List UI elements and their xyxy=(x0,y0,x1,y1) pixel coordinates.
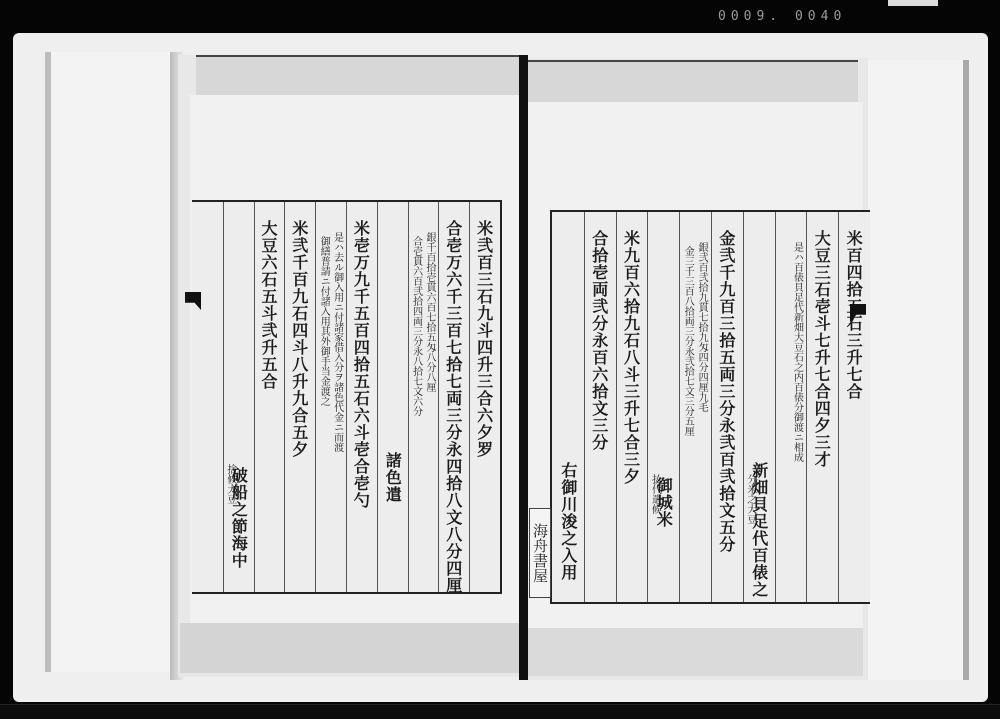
left-flyleaf xyxy=(45,52,181,672)
signature-subnote: 分米之大豆 xyxy=(745,474,755,524)
manuscript-column: 米九百六拾九石八斗三升七合三夕 xyxy=(623,230,639,485)
column-rule xyxy=(377,202,378,592)
right-ruled-frame: 米百四拾五石三升七合大豆三石壱斗七升七合四夕三才是ハ百俵貝足代新畑大豆石之内百俵… xyxy=(550,210,870,604)
manuscript-column: 合拾壱両弐分永百六拾文三分 xyxy=(591,230,607,451)
column-rule xyxy=(711,212,712,602)
left-ruled-frame: 米弐百三石九斗四升三合六夕罗合壱万六千三百七拾七両三分永四拾八文八分四厘銀千百拾… xyxy=(192,200,502,594)
manuscript-subcolumn: 金三千三百八拾両三分永弐拾七文三分五厘 xyxy=(682,246,692,436)
book-spine xyxy=(519,55,528,680)
film-counter: 0009. 0040 xyxy=(718,9,846,24)
manuscript-column: 是ハ去ル御入用ニ付諸家借入分ヲ諸色代金ニ而渡 xyxy=(332,232,342,452)
signature-note: 右御川浚之入用 xyxy=(560,462,576,581)
manuscript-column: 是ハ百俵貝足代新畑大豆石之内百俵分御渡ニ相成 xyxy=(792,242,802,462)
manuscript-column: 合壱万六千三百七拾七両三分永四拾八文八分四厘 xyxy=(445,220,461,594)
column-rule xyxy=(254,202,255,592)
column-rule xyxy=(679,212,680,602)
film-bottom-strip xyxy=(0,704,1000,719)
column-rule xyxy=(584,212,585,602)
manuscript-column: 米弐百三石九斗四升三合六夕罗 xyxy=(476,220,492,458)
top-band xyxy=(196,55,520,97)
collector-seal: 海舟書屋 xyxy=(529,508,551,598)
manuscript-column: 米弐千百九石四斗八升九合五夕 xyxy=(291,220,307,458)
top-band xyxy=(528,60,858,104)
column-rule xyxy=(408,202,409,592)
column-rule xyxy=(315,202,316,592)
manuscript-subcolumn: 合壱貫六百弐拾四両三分永八拾七文六分 xyxy=(411,236,421,416)
column-rule xyxy=(838,212,839,602)
column-rule xyxy=(469,202,470,592)
film-top-tab xyxy=(888,0,938,6)
column-rule xyxy=(743,212,744,602)
signature-subnote: 払代遣候 xyxy=(649,474,659,514)
manuscript-subcolumn: 御繕普請ニ付諸入用其外御手当金渡之 xyxy=(318,236,328,406)
manuscript-column: 米壱万九千五百四拾五石六斗壱合壱勺 xyxy=(352,220,368,509)
manuscript-column: 大豆三石壱斗七升七合四夕三才 xyxy=(813,230,829,468)
column-rule xyxy=(223,202,224,592)
column-rule xyxy=(647,212,648,602)
signature-note: 諸色遣 xyxy=(384,452,400,503)
right-flyleaf xyxy=(868,60,969,680)
manuscript-column: 銀千百拾壱貫六百七拾五匁八分八厘 xyxy=(424,232,434,392)
column-rule xyxy=(284,202,285,592)
column-rule xyxy=(346,202,347,592)
column-rule xyxy=(806,212,807,602)
signature-subnote: 捨候大豆 xyxy=(225,464,235,504)
manuscript-column: 銀弐百弐拾九貫七拾九匁四分四厘九毛 xyxy=(696,242,706,412)
manuscript-column: 金弐千九百三拾五両三分永弐百弐拾文五分 xyxy=(718,230,734,553)
column-rule xyxy=(616,212,617,602)
column-rule xyxy=(438,202,439,592)
bottom-band xyxy=(180,623,520,673)
manuscript-column: 大豆六石五斗弐升五合 xyxy=(260,220,276,390)
bottom-band xyxy=(528,628,863,676)
column-rule xyxy=(775,212,776,602)
